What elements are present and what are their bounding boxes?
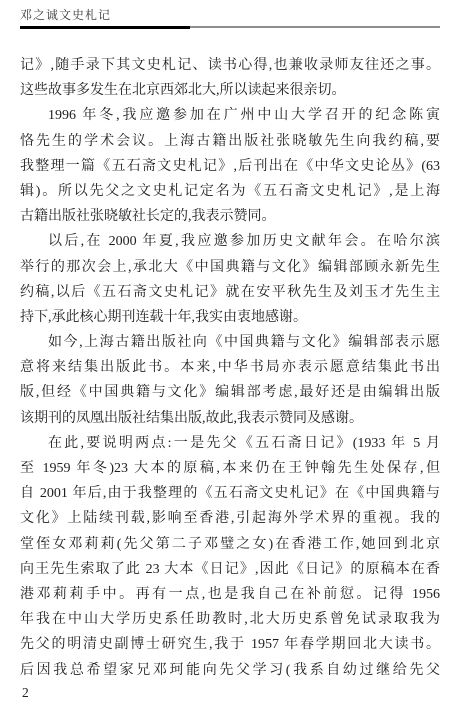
text-line: 文化》上陆续刊载,影响至香港,引起海外学术界的重视。我的 (20, 506, 440, 531)
running-header: 邓之诚文史札记 (20, 8, 440, 29)
text-line: 后因我总希望家兄邓珂能向先父学习(我系自幼过继给先父 (20, 658, 440, 683)
text-line: 约稿,以后《五石斋文史札记》就在安平秋先生及刘玉才先生主 (20, 280, 440, 305)
text-line: 年我在中山大学历史系任助教时,北大历史系曾免试录取我为 (20, 607, 440, 632)
header-rule-thin-segment (190, 26, 440, 28)
text-line: 如今,上海古籍出版社向《中国典籍与文化》编辑部表示愿 (20, 330, 440, 355)
text-line: 港邓莉莉手中。再有一点,也是我自己在补前愆。记得 1956 (20, 582, 440, 607)
text-line: 该期刊的凤凰出版社结集出版,故此,我表示赞同及感谢。 (20, 406, 440, 431)
page-number: 2 (22, 685, 29, 700)
header-rule-thick-segment (20, 26, 190, 29)
text-line: 先父的明清史副博士研究生,我于 1957 年春学期回北大读书。 (20, 632, 440, 657)
text-line: 持下,承此核心期刊连载十年,我实由衷地感谢。 (20, 305, 440, 330)
text-line: 以后,在 2000 年夏,我应邀参加历史文献年会。在哈尔滨 (20, 229, 440, 254)
text-line: 记》,随手录下其文史札记、读书心得,也兼收录师友往还之事。 (20, 53, 440, 78)
text-line: 自 2001 年后,由于我整理的《五石斋文史札记》在《中国典籍与 (20, 481, 440, 506)
text-line: 意将来结集出版此书。本来,中华书局亦表示愿意结集此书出 (20, 355, 440, 380)
book-page: 邓之诚文史札记 记》,随手录下其文史札记、读书心得,也兼收录师友往还之事。这些故… (0, 0, 460, 706)
body-text: 记》,随手录下其文史札记、读书心得,也兼收录师友往还之事。这些故事多发生在北京西… (20, 53, 440, 683)
text-line: 堂侄女邓莉莉(先父第二子邓璧之女)在香港工作,她回到北京 (20, 532, 440, 557)
text-line: 这些故事多发生在北京西郊北大,所以读起来很亲切。 (20, 78, 440, 103)
text-line: 在此,要说明两点:一是先父《五石斋日记》(1933 年 5 月 (20, 431, 440, 456)
running-header-title: 邓之诚文史札记 (20, 8, 440, 22)
text-line: 辑)。所以先父之文史札记定名为《五石斋文史札记》,是上海 (20, 179, 440, 204)
text-line: 向王先生索取了此 23 大本《日记》,因此《日记》的原稿本在香 (20, 557, 440, 582)
text-line: 版,但经《中国典籍与文化》编辑部考虑,最好还是由编辑出版 (20, 380, 440, 405)
text-line: 1996 年冬,我应邀参加在广州中山大学召开的纪念陈寅 (20, 103, 440, 128)
text-line: 古籍出版社张晓敏社长定的,我表示赞同。 (20, 204, 440, 229)
page-footer: 2 (22, 683, 29, 703)
header-rule (20, 26, 440, 29)
text-line: 我整理一篇《五石斋文史札记》,后刊出在《中华文史论丛》(63 (20, 154, 440, 179)
text-line: 恪先生的学术会议。上海古籍出版社张晓敏先生向我约稿,要 (20, 129, 440, 154)
text-line: 举行的那次会上,承北大《中国典籍与文化》编辑部顾永新先生 (20, 255, 440, 280)
text-line: 至 1959 年冬)23 大本的原稿,本来仍在王钟翰先生处保存,但 (20, 456, 440, 481)
